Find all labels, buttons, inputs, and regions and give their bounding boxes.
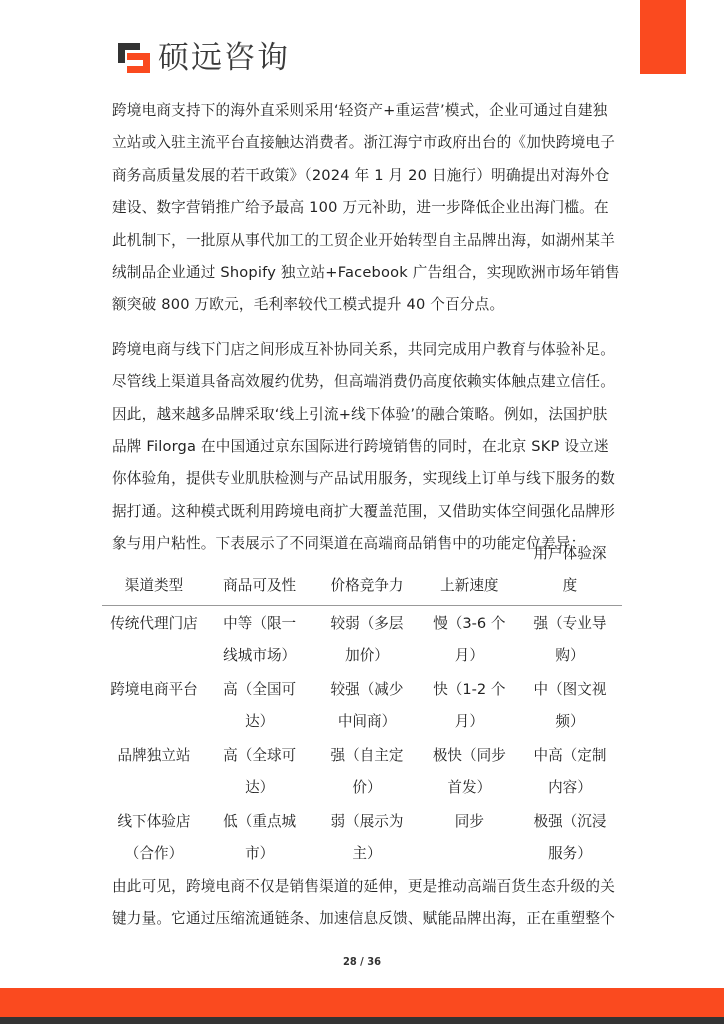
table-cell: 同步 [421,804,518,870]
paragraph: 跨境电商与线下门店之间形成互补协同关系，共同完成用户教育与体验补足。尽管线上渠道… [112,334,622,561]
table-cell: 快（1-2 个月） [421,672,518,738]
channel-comparison-table: 渠道类型 商品可及性 价格竞争力 上新速度 用户体验深度 传统代理门店 中等（限… [102,538,622,870]
company-logo: 硕远咨询 [116,40,290,76]
column-header: 用户体验深度 [518,538,622,606]
table-cell: 强（自主定价） [313,738,420,804]
column-header: 价格竞争力 [313,538,420,606]
conclusion-section: 由此可见，跨境电商不仅是销售渠道的延伸，更是推动高端百货生态升级的关键力量。它通… [112,871,622,936]
table-cell: 中等（限一线城市场） [206,606,313,673]
column-header: 渠道类型 [102,538,206,606]
table-cell: 高（全球可达） [206,738,313,804]
table-cell: 传统代理门店 [102,606,206,673]
table-header-row: 渠道类型 商品可及性 价格竞争力 上新速度 用户体验深度 [102,538,622,606]
table-cell: 线下体验店（合作） [102,804,206,870]
page-number: 28 / 36 [0,955,724,968]
table-cell: 高（全国可达） [206,672,313,738]
column-header: 商品可及性 [206,538,313,606]
table-cell: 极快（同步首发） [421,738,518,804]
table-cell: 品牌独立站 [102,738,206,804]
column-header: 上新速度 [421,538,518,606]
logo-text: 硕远咨询 [158,40,290,76]
paragraph: 由此可见，跨境电商不仅是销售渠道的延伸，更是推动高端百货生态升级的关键力量。它通… [112,871,622,936]
table-cell: 极强（沉浸服务） [518,804,622,870]
table-cell: 低（重点城市） [206,804,313,870]
table-cell: 中（图文视频） [518,672,622,738]
paragraph: 跨境电商支持下的海外直采则采用‘轻资产+重运营’模式，企业可通过自建独立站或入驻… [112,95,622,322]
table-row: 品牌独立站 高（全球可达） 强（自主定价） 极快（同步首发） 中高（定制内容） [102,738,622,804]
footer-dark-strip [0,1017,724,1024]
table-row: 线下体验店（合作） 低（重点城市） 弱（展示为主） 同步 极强（沉浸服务） [102,804,622,870]
table-cell: 中高（定制内容） [518,738,622,804]
shuoyuan-logo-icon [116,41,152,75]
table-cell: 较弱（多层加价） [313,606,420,673]
table-cell: 强（专业导购） [518,606,622,673]
table-row: 跨境电商平台 高（全国可达） 较强（减少中间商） 快（1-2 个月） 中（图文视… [102,672,622,738]
table-cell: 较强（减少中间商） [313,672,420,738]
table-cell: 跨境电商平台 [102,672,206,738]
body-content: 跨境电商支持下的海外直采则采用‘轻资产+重运营’模式，企业可通过自建独立站或入驻… [112,95,622,561]
table-cell: 弱（展示为主） [313,804,420,870]
table-row: 传统代理门店 中等（限一线城市场） 较弱（多层加价） 慢（3-6 个月） 强（专… [102,606,622,673]
footer-accent-bar [0,988,724,1017]
table-cell: 慢（3-6 个月） [421,606,518,673]
corner-accent-block [640,0,686,74]
